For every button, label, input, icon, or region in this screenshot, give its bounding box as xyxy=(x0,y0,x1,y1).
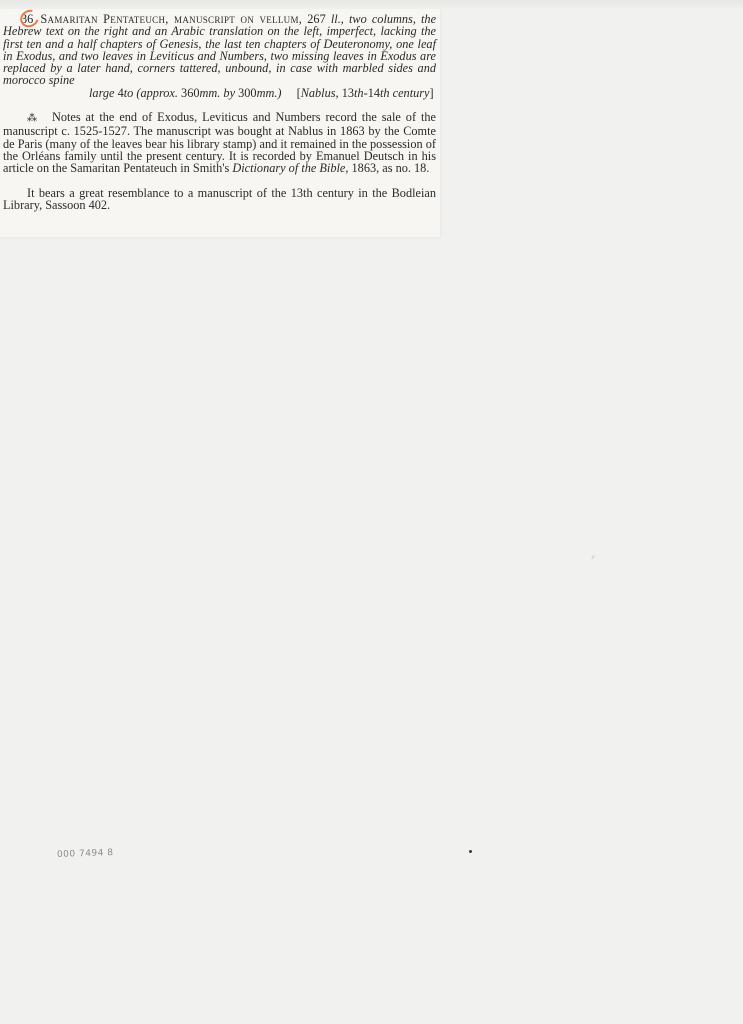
format-suffix: to xyxy=(124,86,134,100)
format-label: large xyxy=(89,86,115,100)
paper-mark xyxy=(591,555,595,559)
century-from: 13 xyxy=(342,86,354,100)
height-value: 300 xyxy=(238,86,256,100)
century-from-suffix: th xyxy=(354,86,364,100)
notes-citation: 1863, as no. 18. xyxy=(352,161,430,175)
century-word: century xyxy=(393,86,430,100)
century-to: 14 xyxy=(368,86,380,100)
asterism-icon: ⁂ xyxy=(27,113,39,125)
century-to-suffix: th xyxy=(380,86,390,100)
height-unit: mm.) xyxy=(257,86,282,100)
paper-speck xyxy=(469,850,472,853)
dimensions-by: by xyxy=(223,86,235,100)
size-and-provenance-line: large 4to (approx. 360mm. by 300mm.) [Na… xyxy=(3,87,436,99)
dimensions-prefix: (approx. xyxy=(136,86,178,100)
width-unit: mm. xyxy=(200,86,221,100)
provenance-notes: ⁂ Notes at the end of Exodus, Leviticus … xyxy=(3,111,436,174)
width-value: 360 xyxy=(181,86,199,100)
resemblance-note: It bears a great resemblance to a manusc… xyxy=(3,187,436,212)
entry-description: 36 Samaritan Pentateuch, manuscript on v… xyxy=(3,13,436,87)
cited-work-title: Dictionary of the Bible, xyxy=(232,161,348,175)
entry-physical-description: two columns, the Hebrew text on the righ… xyxy=(3,12,436,87)
lot-number: 36 xyxy=(3,13,35,25)
bracket-close: ] xyxy=(430,86,434,100)
place-date: [Nablus, 13th-14th century] xyxy=(297,86,434,100)
catalogue-entry: 36 Samaritan Pentateuch, manuscript on v… xyxy=(3,13,436,211)
place: Nablus, xyxy=(301,86,339,100)
handwritten-inventory-number: 000 7494 8 xyxy=(57,848,114,860)
